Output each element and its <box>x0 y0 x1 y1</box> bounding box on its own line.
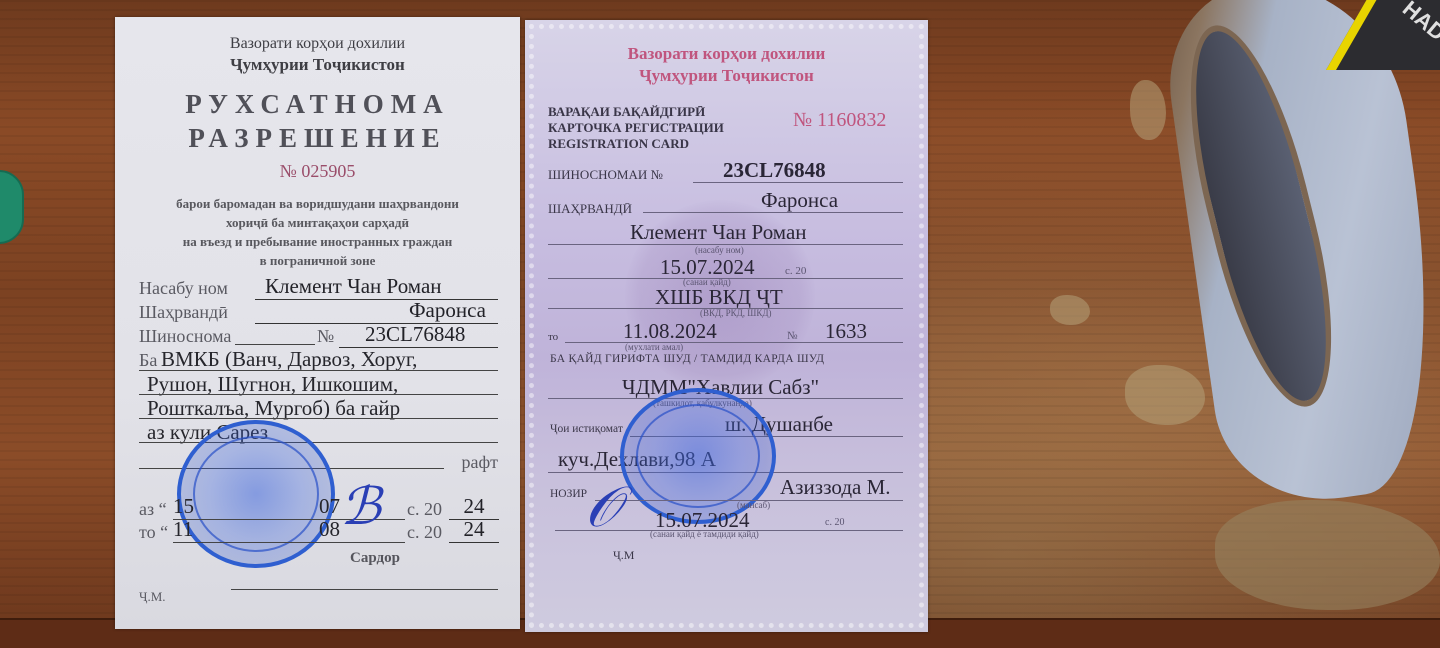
reg-title-ru: КАРТОЧКА РЕГИСТРАЦИИ <box>548 120 724 136</box>
permit-zone-prefix: Ба <box>139 350 157 370</box>
reg-citizenship-label: ШАҲРВАНДӢ <box>548 201 632 217</box>
reg-reg-number: 1633 <box>825 319 867 344</box>
permit-to-year: 24 <box>449 517 499 543</box>
reg-authority-caption: (ВКД, РКД, ШКД) <box>700 308 772 318</box>
permit-year-label: с. 20 <box>407 522 442 543</box>
permit-desc-line: в пограничной зоне <box>115 251 520 270</box>
ruled-line <box>139 442 498 443</box>
permit-from-month: 07 <box>319 494 340 519</box>
reg-to-label: то <box>548 331 558 343</box>
permit-ministry-line2: Ҷумҳурии Тоҷикистон <box>115 55 520 75</box>
duct-tape-roll <box>1192 0 1440 500</box>
ruled-line <box>565 342 903 343</box>
permit-passport-line <box>235 344 315 345</box>
reg-no-label: № <box>787 330 798 342</box>
reg-title-tj: ВАРАҚАИ БАҚАЙДГИРӢ <box>548 104 705 120</box>
reg-valid-caption: (мухлати амал) <box>625 342 683 352</box>
permit-zone-line: ВМКБ (Ванч, Дарвоз, Хоруг, <box>161 347 417 372</box>
permit-desc-line: барои баромадан ва воридшудани шаҳрвандо… <box>115 194 520 213</box>
ruled-line <box>231 589 498 590</box>
ruled-line <box>139 418 498 419</box>
permit-desc-line: на въезд и пребывание иностранных гражда… <box>115 232 520 251</box>
permit-to-row: то “ 11 08 с. 20 24 <box>139 522 498 546</box>
reg-ministry-line2: Ҷумҳурии Тоҷикистон <box>525 66 928 86</box>
reg-sign-year-suffix: с. 20 <box>825 517 844 528</box>
permit-to-label: то “ <box>139 522 168 542</box>
permit-ministry-line1: Вазорати корҳои дохилии <box>115 35 520 53</box>
reg-card-number: № 1160832 <box>793 109 886 132</box>
reg-passport-value: 23CL76848 <box>723 158 826 183</box>
reg-valid-until: 11.08.2024 <box>623 319 717 344</box>
permit-from-day: 15 <box>173 494 194 519</box>
permit-citizenship-value: Фаронса <box>255 298 498 324</box>
reg-passport-label: ШИНОСНОМАИ № <box>548 167 663 183</box>
permit-name-label: Насабу ном <box>139 278 228 298</box>
permit-seal-row: Ҷ.М. <box>139 585 498 609</box>
permit-description: барои баромадан ва воридшудани шаҳрвандо… <box>115 194 520 270</box>
permit-number: № 025905 <box>115 161 520 182</box>
permit-title-tj: РУХСАТНОМА <box>115 89 520 120</box>
reg-title-en: REGISTRATION CARD <box>548 136 689 152</box>
permit-name-value: Клемент Чан Роман <box>255 274 498 300</box>
reg-name-value: Клемент Чан Роман <box>630 220 807 245</box>
reg-entry-year-suffix: с. 20 <box>785 265 806 277</box>
reg-residence-label: Ҷои истиқомат <box>550 423 623 435</box>
ruled-line <box>139 394 498 395</box>
registration-card: Вазорати корҳои дохилии Ҷумҳурии Тоҷикис… <box>525 20 928 632</box>
permit-zone-block: Ба ВМКБ (Ванч, Дарвоз, Хоруг, Рушон, Шуг… <box>139 350 498 460</box>
reg-citizenship-value: Фаронса <box>761 188 838 213</box>
reg-name-caption: (насабу ном) <box>695 245 744 255</box>
reg-ministry-line1: Вазорати корҳои дохилии <box>525 44 928 64</box>
reg-authority: ХШБ ВКД ҶТ <box>655 285 783 310</box>
permit-signature: ℬ <box>340 477 381 537</box>
permit-to-month: 08 <box>319 517 340 542</box>
permit-passport-no-label: № <box>317 326 334 347</box>
permit-desc-line: хориҷӣ ба минтақаҳои сарҳадӣ <box>115 213 520 232</box>
permit-citizenship-label: Шаҳрвандӣ <box>139 302 228 322</box>
permit-seal-label: Ҷ.М. <box>139 589 166 604</box>
ruled-line <box>173 542 405 543</box>
reg-sign-caption: (санаи қайд ё тамдиди қайд) <box>650 529 759 539</box>
ruled-line <box>643 212 903 213</box>
reg-signature: 𝒪 <box>585 475 620 541</box>
permit-goes-label: рафт <box>461 452 498 473</box>
permit-title-ru: РАЗРЕШЕНИЕ <box>115 123 520 154</box>
border-zone-permit: Вазорати корҳои дохилии Ҷумҳурии Тоҷикис… <box>115 17 520 629</box>
permit-chief-label: Сардор <box>315 550 435 567</box>
reg-inspector-name: Азиззода М. <box>780 475 891 500</box>
reg-registered-heading: БА ҚАЙД ГИРИФТА ШУД / ТАМДИД КАРДА ШУД <box>550 353 824 365</box>
permit-to-day: 11 <box>173 517 193 542</box>
ruled-line <box>693 182 903 183</box>
permit-from-label: аз “ <box>139 499 167 519</box>
permit-year-label: с. 20 <box>407 499 442 520</box>
permit-passport-value: 23CL76848 <box>339 322 498 348</box>
ruled-line <box>139 370 498 371</box>
reg-seal-label: Ҷ.М <box>613 548 634 563</box>
wood-wear-spot <box>1050 295 1090 325</box>
reg-inspector-label: НОЗИР <box>550 488 587 500</box>
permit-passport-label: Шиноснома <box>139 326 231 346</box>
